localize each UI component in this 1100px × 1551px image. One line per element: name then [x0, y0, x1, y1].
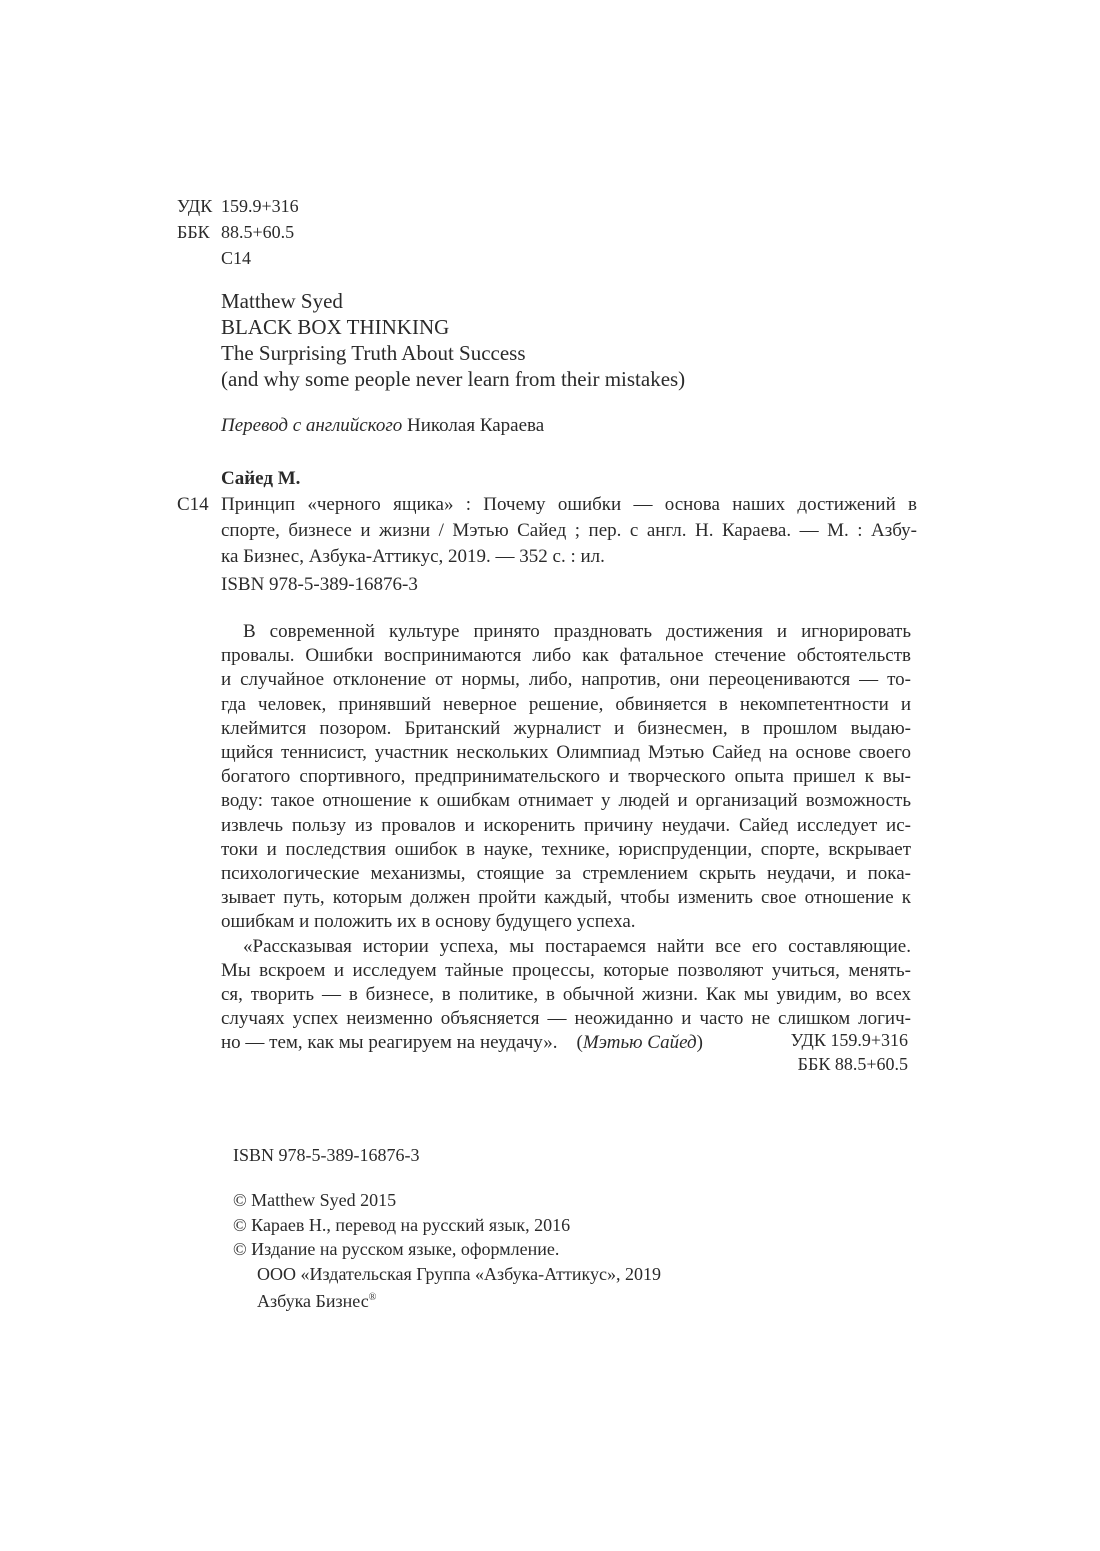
- annotation-paragraph-1: В современной культуре принято празднова…: [221, 620, 911, 935]
- udk-value: 159.9+316: [221, 193, 299, 219]
- annotation-line: щийся теннисист, участник нескольких Оли…: [221, 741, 911, 765]
- bottom-udk: УДК 159.9+316: [791, 1028, 908, 1052]
- udk-label: УДК: [177, 193, 221, 219]
- copyright-block: © Matthew Syed 2015 © Караев Н., перевод…: [233, 1188, 661, 1314]
- annotation-line: психологические механизмы, стоящие за ст…: [221, 862, 911, 886]
- classification-codes: УДК159.9+316 ББК88.5+60.5 С14: [177, 193, 299, 271]
- copyright-line: © Matthew Syed 2015: [233, 1188, 661, 1213]
- original-title: BLACK BOX THINKING: [221, 314, 685, 340]
- original-subtitle-2: (and why some people never learn from th…: [221, 366, 685, 392]
- original-edition: Matthew Syed BLACK BOX THINKING The Surp…: [221, 288, 685, 392]
- biblio-line: спорте, бизнесе и жизни / Мэтью Сайед ; …: [221, 518, 917, 544]
- annotation-line: извлечь пользу из провалов и искоренить …: [221, 814, 911, 838]
- biblio-isbn: ISBN 978-5-389-16876-3: [221, 572, 418, 598]
- annotation-line: токи и последствия ошибок в науке, техни…: [221, 838, 911, 862]
- publisher-line: ООО «Издательская Группа «Азбука-Аттикус…: [233, 1262, 661, 1287]
- annotation-line: Мы вскроем и исследуем тайные процессы, …: [221, 959, 911, 983]
- annotation-line: и случайное отклонение от нормы, либо, н…: [221, 668, 911, 692]
- bottom-classification: УДК 159.9+316 ББК 88.5+60.5: [791, 1028, 908, 1076]
- bbk-code: ББК88.5+60.5: [177, 219, 299, 245]
- annotation-line: «Рассказывая истории успеха, мы постарае…: [221, 935, 911, 959]
- annotation-line: провалы. Ошибки воспринимаются либо как …: [221, 644, 911, 668]
- udk-code: УДК159.9+316: [177, 193, 299, 219]
- translation-credit: Перевод с английского Николая Караева: [221, 413, 544, 439]
- imprint-isbn: ISBN 978-5-389-16876-3: [233, 1143, 420, 1167]
- copyright-line: © Караев Н., перевод на русский язык, 20…: [233, 1213, 661, 1238]
- biblio-line: ка Бизнес, Азбука-Аттикус, 2019. — 352 с…: [221, 544, 917, 570]
- bbk-value: 88.5+60.5: [221, 219, 294, 245]
- bibliographic-record: С14 Принцип «черного ящика» : Почему оши…: [177, 492, 917, 570]
- annotation: В современной культуре принято празднова…: [221, 620, 911, 1056]
- bottom-bbk: ББК 88.5+60.5: [791, 1052, 908, 1076]
- annotation-line: зывает путь, которым должен пройти кажды…: [221, 886, 911, 910]
- biblio-lines: Принцип «черного ящика» : Почему ошибки …: [221, 492, 917, 570]
- annotation-line: гда человек, принявший неверное решение,…: [221, 693, 911, 717]
- registered-mark: ®: [369, 1292, 377, 1303]
- annotation-line: ошибкам и положить их в основу будущего …: [221, 910, 911, 934]
- translator-name: Николая Караева: [407, 415, 544, 436]
- annotation-line: В современной культуре принято празднова…: [221, 620, 911, 644]
- quote-attribution: Мэтью Сайед: [583, 1032, 697, 1053]
- original-author: Matthew Syed: [221, 288, 685, 314]
- imprint-name-line: Азбука Бизнес®: [233, 1286, 661, 1314]
- author-mark: С14: [177, 245, 299, 271]
- copyright-line: © Издание на русском языке, оформление.: [233, 1237, 661, 1262]
- annotation-line: клеймится позором. Британский журналист …: [221, 717, 911, 741]
- bbk-label: ББК: [177, 219, 221, 245]
- biblio-author-heading: Сайед М.: [221, 466, 300, 492]
- annotation-line: ся, творить — в бизнесе, в политике, в о…: [221, 983, 911, 1007]
- annotation-line: воду: такое отношение к ошибкам отнимает…: [221, 789, 911, 813]
- annotation-line: богатого спортивного, предпринимательско…: [221, 765, 911, 789]
- translation-prefix: Перевод с английского: [221, 415, 402, 436]
- original-subtitle: The Surprising Truth About Success: [221, 340, 685, 366]
- biblio-line: Принцип «черного ящика» : Почему ошибки …: [221, 492, 917, 518]
- imprint-name: Азбука Бизнес: [257, 1291, 369, 1311]
- biblio-mark: С14: [177, 492, 209, 518]
